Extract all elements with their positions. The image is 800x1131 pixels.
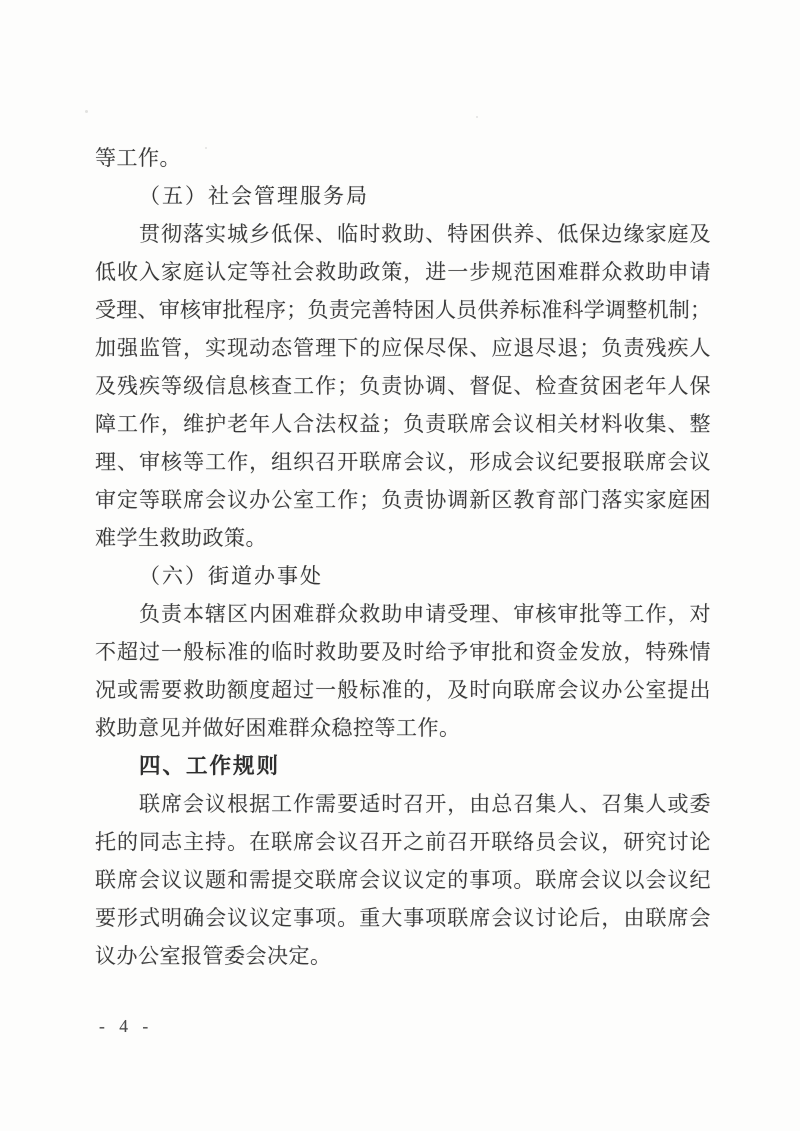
body-line: 不超过一般标准的临时救助要及时给予审批和资金发放，特殊情 (95, 633, 711, 671)
scan-speck (476, 116, 478, 118)
document-page: 等工作。 （五）社会管理服务局 贯彻落实城乡低保、临时救助、特困供养、低保边缘家… (0, 0, 800, 1131)
body-line: 理、审核等工作，组织召开联席会议，形成会议纪要报联席会议 (95, 443, 711, 481)
body-line: 及残疾等级信息核查工作；负责协调、督促、检查贫困老年人保 (95, 367, 711, 405)
subsection-heading-5: （五）社会管理服务局 (95, 177, 711, 215)
body-line: 况或需要救助额度超过一般标准的，及时向联席会议办公室提出 (95, 671, 711, 709)
subsection-heading-6: （六）街道办事处 (95, 557, 711, 595)
body-line: 难学生救助政策。 (95, 519, 711, 557)
scan-speck (85, 110, 88, 113)
body-line: 救助意见并做好困难群众稳控等工作。 (95, 709, 711, 747)
body-line: 等工作。 (95, 139, 711, 177)
body-line: 托的同志主持。在联席会议召开之前召开联络员会议，研究讨论 (95, 823, 711, 861)
body-line: 低收入家庭认定等社会救助政策，进一步规范困难群众救助申请 (95, 253, 711, 291)
document-body: 等工作。 （五）社会管理服务局 贯彻落实城乡低保、临时救助、特困供养、低保边缘家… (95, 139, 711, 975)
body-line: 负责本辖区内困难群众救助申请受理、审核审批等工作，对 (95, 595, 711, 633)
body-line: 加强监管，实现动态管理下的应保尽保、应退尽退；负责残疾人 (95, 329, 711, 367)
body-line: 要形式明确会议议定事项。重大事项联席会议讨论后，由联席会 (95, 899, 711, 937)
body-line: 联席会议根据工作需要适时召开，由总召集人、召集人或委 (95, 785, 711, 823)
body-line: 审定等联席会议办公室工作；负责协调新区教育部门落实家庭困 (95, 481, 711, 519)
page-number: - 4 - (99, 1013, 153, 1039)
body-line: 贯彻落实城乡低保、临时救助、特困供养、低保边缘家庭及 (95, 215, 711, 253)
body-line: 联席会议议题和需提交联席会议议定的事项。联席会议以会议纪 (95, 861, 711, 899)
section-heading-4: 四、工作规则 (95, 747, 711, 785)
body-line: 议办公室报管委会决定。 (95, 937, 711, 975)
body-line: 障工作，维护老年人合法权益；负责联席会议相关材料收集、整 (95, 405, 711, 443)
body-line: 受理、审核审批程序；负责完善特困人员供养标准科学调整机制； (95, 291, 711, 329)
